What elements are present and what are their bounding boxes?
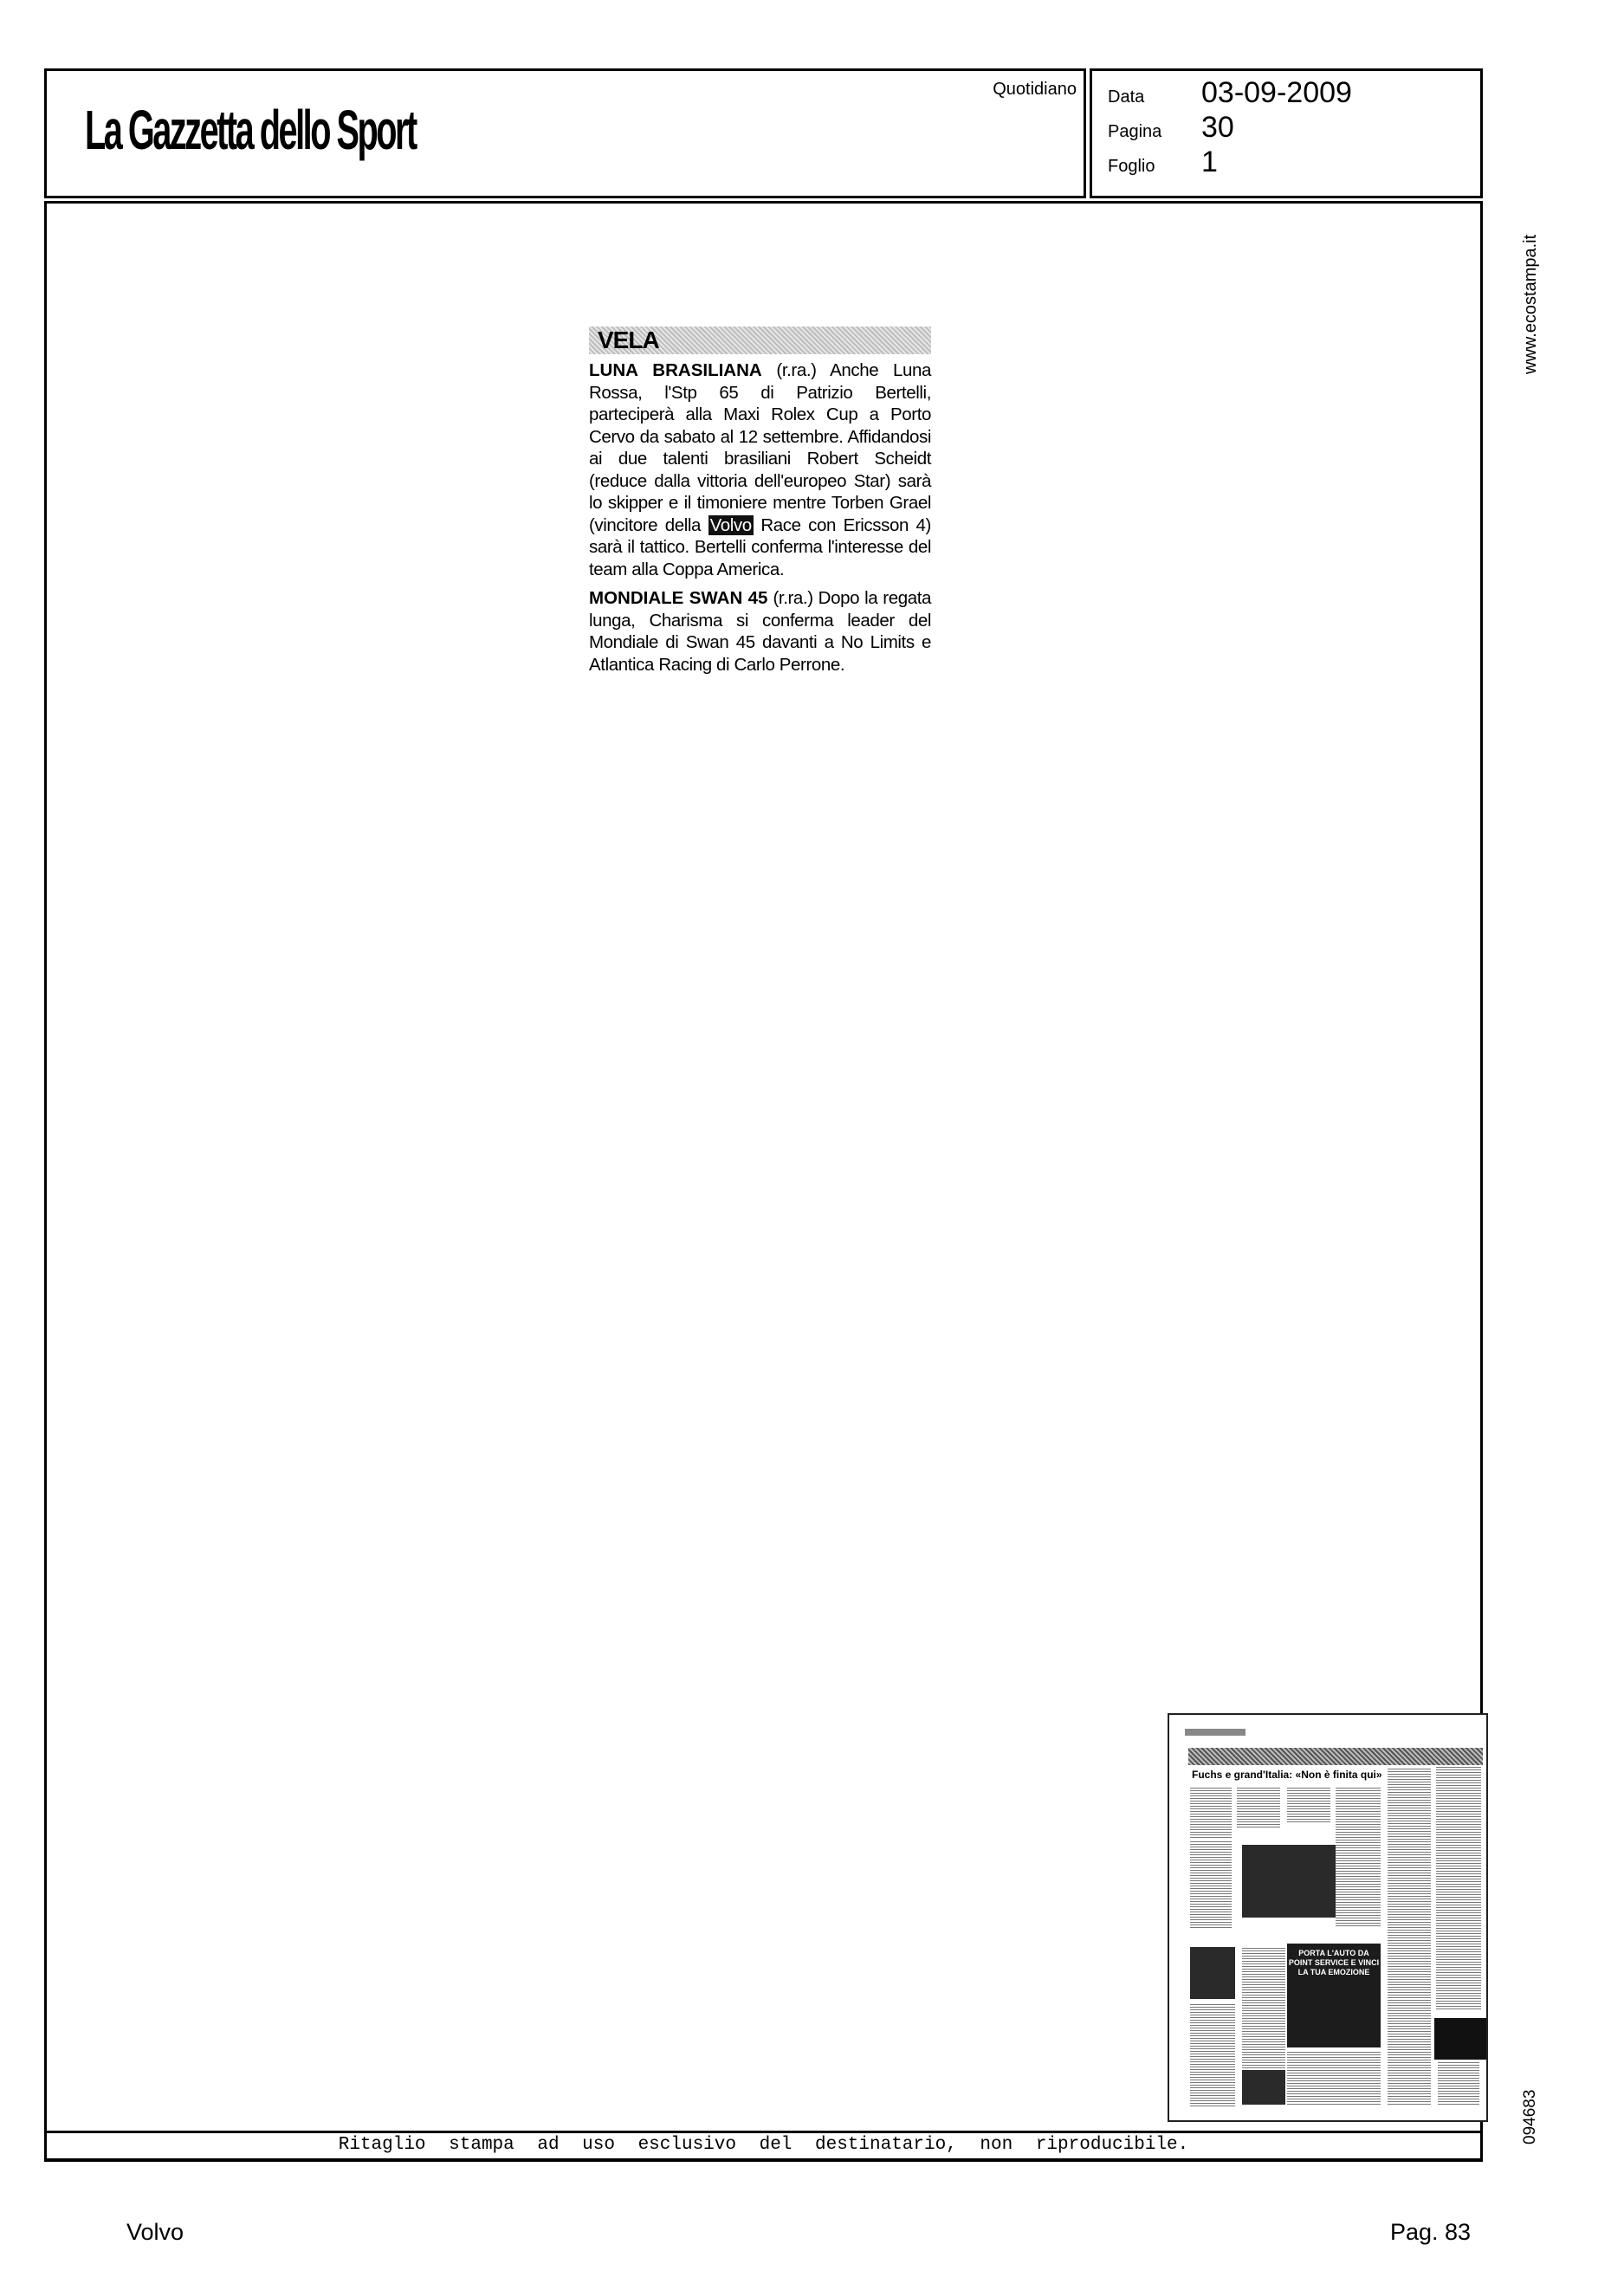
keyword-highlight: Volvo [708,515,754,535]
thumbnail-column [1287,2051,1381,2105]
thumbnail-page-label [1185,1729,1245,1736]
thumbnail-column [1237,1788,1280,1827]
meta-row-data: Data 03-09-2009 [1108,76,1352,110]
sheet-label: Foglio [1108,157,1201,177]
section-header: VELA [589,327,931,354]
metadata-box: Data 03-09-2009 Pagina 30 Foglio 1 [1090,68,1483,198]
date-label: Data [1108,87,1201,107]
thumbnail-column [1438,2061,1479,2105]
thumbnail-column [1190,1841,1232,1928]
section-label: VELA [598,327,659,354]
sheet-value: 1 [1201,146,1218,179]
publication-type: Quotidiano [993,80,1077,100]
thumbnail-column [1190,1788,1232,1838]
meta-row-pagina: Pagina 30 [1108,111,1234,145]
article-clipping: VELA LUNA BRASILIANA (r.ra.) Anche Luna … [589,327,931,682]
footer-notice-band: Ritaglio stampa ad uso esclusivo del des… [44,2131,1483,2162]
page-thumbnail: Fuchs e grand'Italia: «Non è finita qui»… [1168,1713,1488,2122]
thumbnail-photo [1242,2070,1285,2105]
page-number: Pag. 83 [1390,2219,1471,2246]
keyword-label: Volvo [126,2219,184,2246]
thumbnail-headline: Fuchs e grand'Italia: «Non è finita qui» [1192,1769,1378,1781]
paragraph-lead: MONDIALE SWAN 45 [589,588,767,608]
article-paragraph: MONDIALE SWAN 45 (r.ra.) Dopo la regata … [589,587,931,676]
document-id: 094683 [1521,2090,1540,2144]
paragraph-text: (r.ra.) Anche Luna Rossa, l'Stp 65 di Pa… [589,360,931,535]
thumbnail-column [1336,1788,1381,1926]
copyright-notice: Ritaglio stampa ad uso esclusivo del des… [47,2135,1480,2155]
thumbnail-photo [1190,1947,1235,1999]
thumbnail-column [1242,1947,1285,2068]
thumbnail-ad: PORTA L'AUTO DA POINT SERVICE E VINCI LA… [1287,1944,1381,2047]
meta-row-foglio: Foglio 1 [1108,146,1218,179]
date-value: 03-09-2009 [1201,76,1352,110]
paragraph-lead: LUNA BRASILIANA [589,360,762,380]
page-value: 30 [1201,111,1234,145]
masthead-box: La Gazzetta dello Sport Quotidiano [44,68,1086,198]
thumbnail-photo [1242,1845,1336,1918]
thumbnail-column [1388,1767,1431,2105]
thumbnail-dark-box [1434,2018,1486,2060]
page-label: Pagina [1108,122,1201,142]
thumbnail-column [1190,2004,1235,2106]
watermark-url: www.ecostampa.it [1521,235,1541,374]
thumbnail-column [1287,1788,1330,1822]
thumbnail-column [1436,1767,1481,2009]
article-paragraph: LUNA BRASILIANA (r.ra.) Anche Luna Rossa… [589,359,931,580]
newspaper-masthead: La Gazzetta dello Sport [85,102,416,158]
thumbnail-section-band [1188,1748,1483,1765]
